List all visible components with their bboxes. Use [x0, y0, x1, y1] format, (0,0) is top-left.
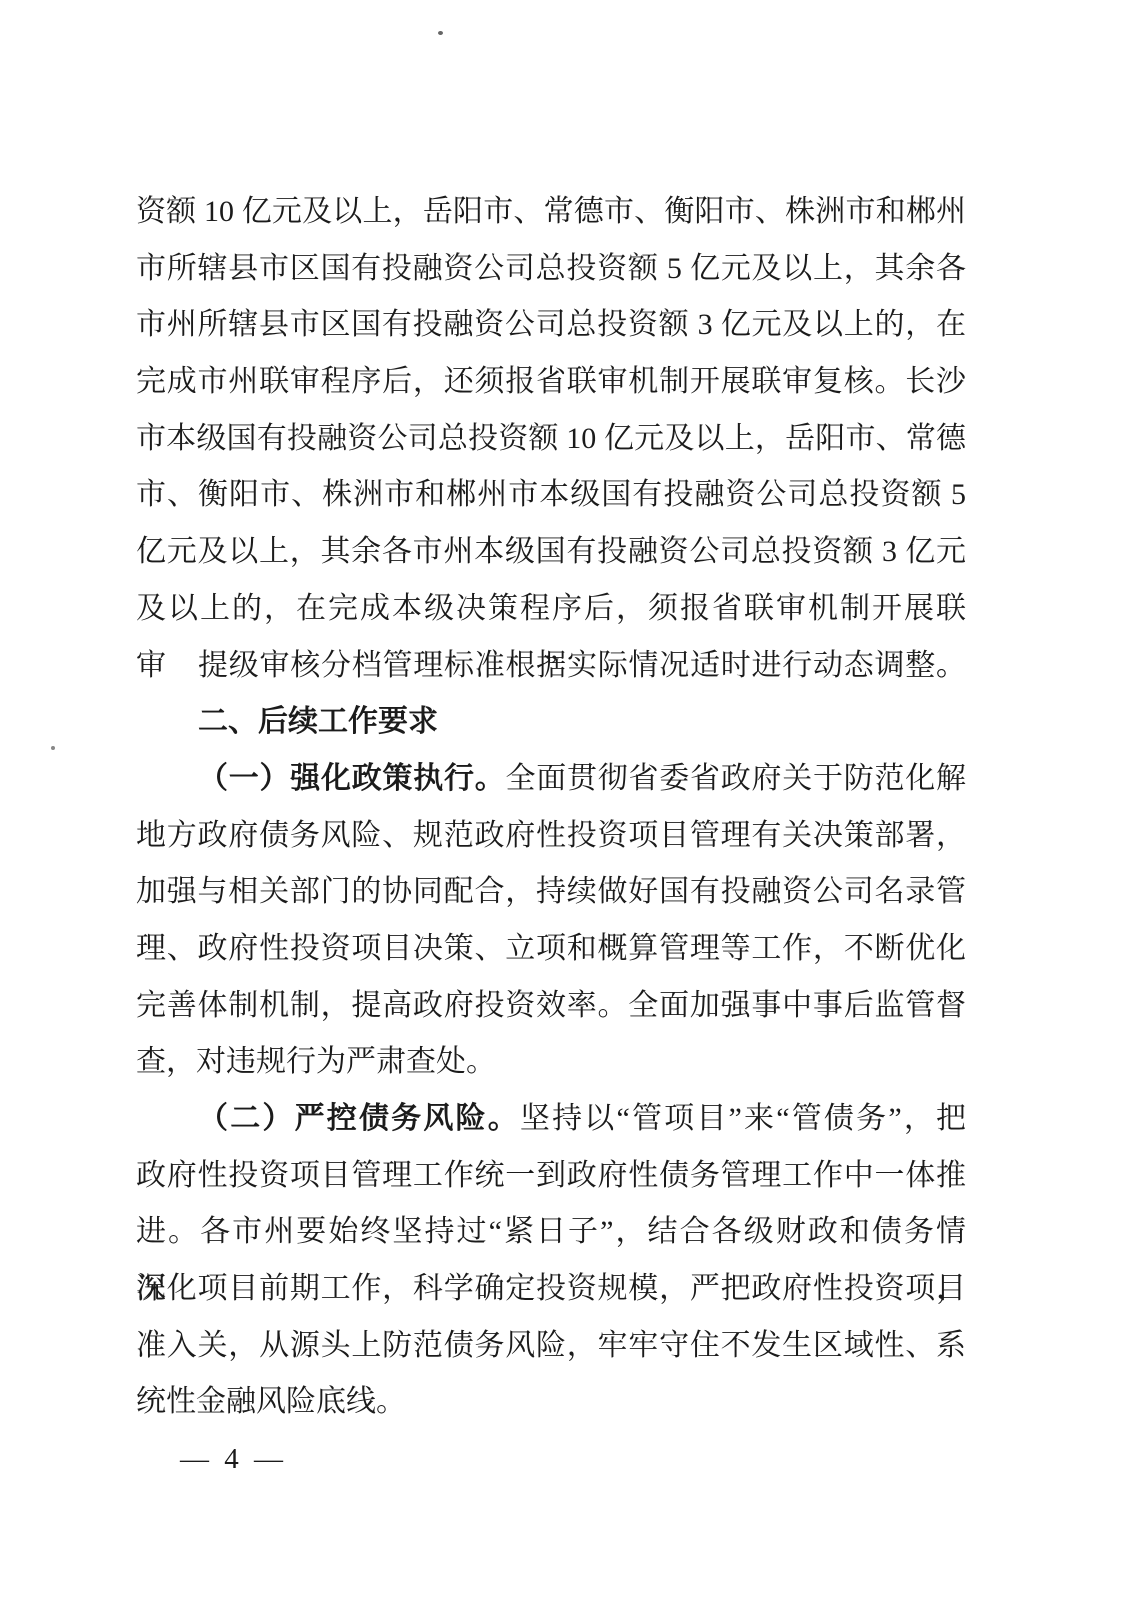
text-line: 进。各市州要始终坚持过“紧日子”，结合各级财政和债务情况， — [136, 1204, 966, 1261]
text-line: 完善体制机制，提高政府投资效率。全面加强事中事后监管督 — [136, 978, 966, 1035]
text-line: 准入关，从源头上防范债务风险，牢牢守住不发生区域性、系 — [136, 1318, 966, 1375]
text-line: 及以上的，在完成本级决策程序后，须报省联审机制开展联审”。 — [136, 581, 966, 638]
text-line: （二）严控债务风险。坚持以“管项目”来“管债务”，把 — [136, 1091, 966, 1148]
document-body: 资额 10 亿元及以上，岳阳市、常德市、衡阳市、株洲市和郴州 市所辖县市区国有投… — [136, 184, 966, 1431]
text-line: 地方政府债务风险、规范政府性投资项目管理有关决策部署， — [136, 808, 966, 865]
line-text: 资额 10 亿元及以上，岳阳市、常德市、衡阳市、株洲市和郴州 — [136, 195, 966, 228]
text-line: 理、政府性投资项目决策、立项和概算管理等工作，不断优化 — [136, 921, 966, 978]
text-line: 市本级国有投融资公司总投资额 10 亿元及以上，岳阳市、常德 — [136, 411, 966, 468]
text-line: 查，对违规行为严肃查处。 — [136, 1034, 966, 1091]
line-text: 坚持以“管项目”来“管债务”，把 — [520, 1102, 966, 1135]
section-heading: 二、后续工作要求 — [136, 694, 966, 751]
line-text: 亿元及以上，其余各市州本级国有投融资公司总投资额 3 亿元 — [136, 535, 966, 568]
scan-speck-top — [438, 31, 443, 35]
text-line: 市、衡阳市、株洲市和郴州市本级国有投融资公司总投资额 5 — [136, 467, 966, 524]
line-text: 准入关，从源头上防范债务风险，牢牢守住不发生区域性、系 — [136, 1329, 966, 1362]
scan-speck-left-margin — [51, 746, 55, 750]
document-page: 资额 10 亿元及以上，岳阳市、常德市、衡阳市、株洲市和郴州 市所辖县市区国有投… — [0, 0, 1130, 1600]
line-text: 加强与相关部门的协同配合，持续做好国有投融资公司名录管 — [136, 875, 966, 908]
line-text: 提级审核分档管理标准根据实际情况适时进行动态调整。 — [198, 649, 966, 682]
text-line: 亿元及以上，其余各市州本级国有投融资公司总投资额 3 亿元 — [136, 524, 966, 581]
text-line: 市所辖县市区国有投融资公司总投资额 5 亿元及以上，其余各 — [136, 241, 966, 298]
bold-lead: （二）严控债务风险。 — [198, 1102, 520, 1135]
line-text: 市所辖县市区国有投融资公司总投资额 5 亿元及以上，其余各 — [136, 252, 966, 285]
bold-lead: （一）强化政策执行。 — [198, 762, 506, 795]
line-text: 完成市州联审程序后，还须报省联审机制开展联审复核。长沙 — [136, 365, 966, 398]
text-line: 加强与相关部门的协同配合，持续做好国有投融资公司名录管 — [136, 864, 966, 921]
line-text: 理、政府性投资项目决策、立项和概算管理等工作，不断优化 — [136, 932, 966, 965]
text-line: 资额 10 亿元及以上，岳阳市、常德市、衡阳市、株洲市和郴州 — [136, 184, 966, 241]
heading-text: 二、后续工作要求 — [198, 705, 438, 738]
text-line: 统性金融风险底线。 — [136, 1374, 966, 1431]
page-number: — 4 — — [180, 1443, 287, 1476]
line-text: 地方政府债务风险、规范政府性投资项目管理有关决策部署， — [136, 819, 966, 852]
text-line: 提级审核分档管理标准根据实际情况适时进行动态调整。 — [136, 638, 966, 695]
line-text: 深化项目前期工作，科学确定投资规模，严把政府性投资项目 — [136, 1272, 966, 1305]
line-text: 市州所辖县市区国有投融资公司总投资额 3 亿元及以上的，在 — [136, 308, 966, 341]
text-line: 完成市州联审程序后，还须报省联审机制开展联审复核。长沙 — [136, 354, 966, 411]
text-line: 市州所辖县市区国有投融资公司总投资额 3 亿元及以上的，在 — [136, 297, 966, 354]
text-line: （一）强化政策执行。全面贯彻省委省政府关于防范化解 — [136, 751, 966, 808]
text-line: 政府性投资项目管理工作统一到政府性债务管理工作中一体推 — [136, 1148, 966, 1205]
line-text: 市本级国有投融资公司总投资额 10 亿元及以上，岳阳市、常德 — [136, 422, 966, 455]
line-text: 完善体制机制，提高政府投资效率。全面加强事中事后监管督 — [136, 989, 966, 1022]
line-text: 查，对违规行为严肃查处。 — [136, 1045, 496, 1078]
line-text: 市、衡阳市、株洲市和郴州市本级国有投融资公司总投资额 5 — [136, 478, 966, 511]
line-text: 全面贯彻省委省政府关于防范化解 — [506, 762, 967, 795]
line-text: 统性金融风险底线。 — [136, 1385, 406, 1418]
text-line: 深化项目前期工作，科学确定投资规模，严把政府性投资项目 — [136, 1261, 966, 1318]
line-text: 政府性投资项目管理工作统一到政府性债务管理工作中一体推 — [136, 1159, 966, 1192]
